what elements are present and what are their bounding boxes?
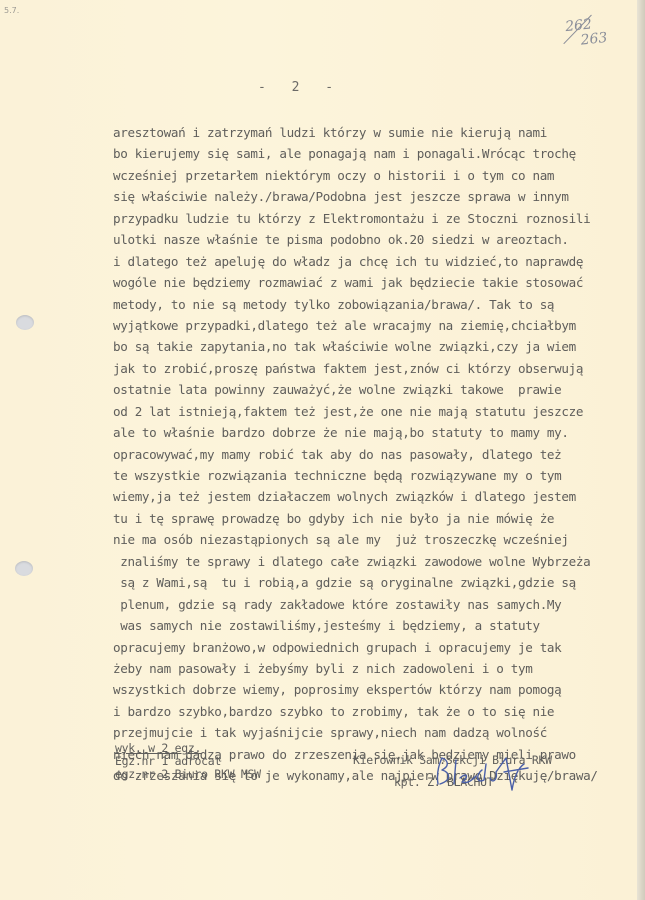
body-line: bo są takie zapytania,no tak właściwie w… — [113, 336, 633, 357]
body-line: opracujemy branżowo,w odpowiednich grupa… — [113, 637, 633, 658]
body-line: was samych nie zostawiliśmy,jesteśmy i b… — [113, 615, 633, 636]
body-line: żeby nam pasowały i żebyśmy byli z nich … — [113, 658, 633, 679]
page-number: - 2 - — [258, 80, 333, 95]
body-line: nie ma osób niezastąpionych są ale my ju… — [113, 529, 633, 550]
body-line: opracowywać,my mamy robić tak aby do nas… — [113, 444, 633, 465]
body-line: ostatnie lata powinny zauważyć,że wolne … — [113, 379, 633, 400]
body-line: wiemy,ja też jestem działaczem wolnych z… — [113, 486, 633, 507]
body-text: aresztowań i zatrzymań ludzi którzy w su… — [113, 122, 633, 787]
body-line: plenum, gdzie są rady zakładowe które zo… — [113, 594, 633, 615]
body-line: jak to zrobić,proszę państwa faktem jest… — [113, 358, 633, 379]
body-line: aresztowań i zatrzymań ludzi którzy w su… — [113, 122, 633, 143]
page-edge-shadow — [637, 0, 645, 900]
punch-hole-top — [16, 315, 34, 330]
body-line: i dlatego też apeluję do władz ja chcę i… — [113, 251, 633, 272]
document-page: 5.7. 262 263 - 2 - aresztowań i zatrzyma… — [0, 0, 637, 900]
handwritten-signature — [432, 750, 552, 800]
body-line: metody, to nie są metody tylko zobowiąza… — [113, 294, 633, 315]
body-line: tu i tę sprawę prowadzę bo gdyby ich nie… — [113, 508, 633, 529]
body-line: wogóle nie będziemy rozmawiać z wami jak… — [113, 272, 633, 293]
corner-pencil-mark: 5.7. — [4, 6, 19, 16]
body-line: od 2 lat istnieją,faktem też jest,że one… — [113, 401, 633, 422]
punch-hole-bottom — [15, 561, 33, 576]
body-line: się właściwie należy./brawa/Podobna jest… — [113, 186, 633, 207]
body-line: bo kierujemy się sami, ale ponagają nam … — [113, 143, 633, 164]
body-line: znaliśmy te sprawy i dlatego całe związk… — [113, 551, 633, 572]
distribution-list: wyk. w 2 egz. Egz.nr 1 adrocat egz.nr 2 … — [115, 742, 261, 781]
body-line: wyjątkowe przypadki,dlatego też ale wrac… — [113, 315, 633, 336]
body-line: ulotki nasze właśnie te pisma podobno ok… — [113, 229, 633, 250]
archive-number: 262 263 — [565, 16, 609, 50]
body-line: wcześniej przetarłem niektórym oczy o hi… — [113, 165, 633, 186]
body-line: ale to właśnie bardzo dobrze że nie mają… — [113, 422, 633, 443]
body-line: są z Wami,są tu i robią,a gdzie są orygi… — [113, 572, 633, 593]
body-line: te wszystkie rozwiązania techniczne będą… — [113, 465, 633, 486]
body-line: przypadku ludzie tu którzy z Elektromont… — [113, 208, 633, 229]
body-line: wszystkich dobrze wiemy, poprosimy ekspe… — [113, 679, 633, 700]
archive-number-current: 263 — [580, 31, 608, 49]
distribution-copy-2: egz.nr 2 Biuro RKW MSW — [115, 768, 261, 781]
body-line: i bardzo szybko,bardzo szybko to zrobimy… — [113, 701, 633, 722]
